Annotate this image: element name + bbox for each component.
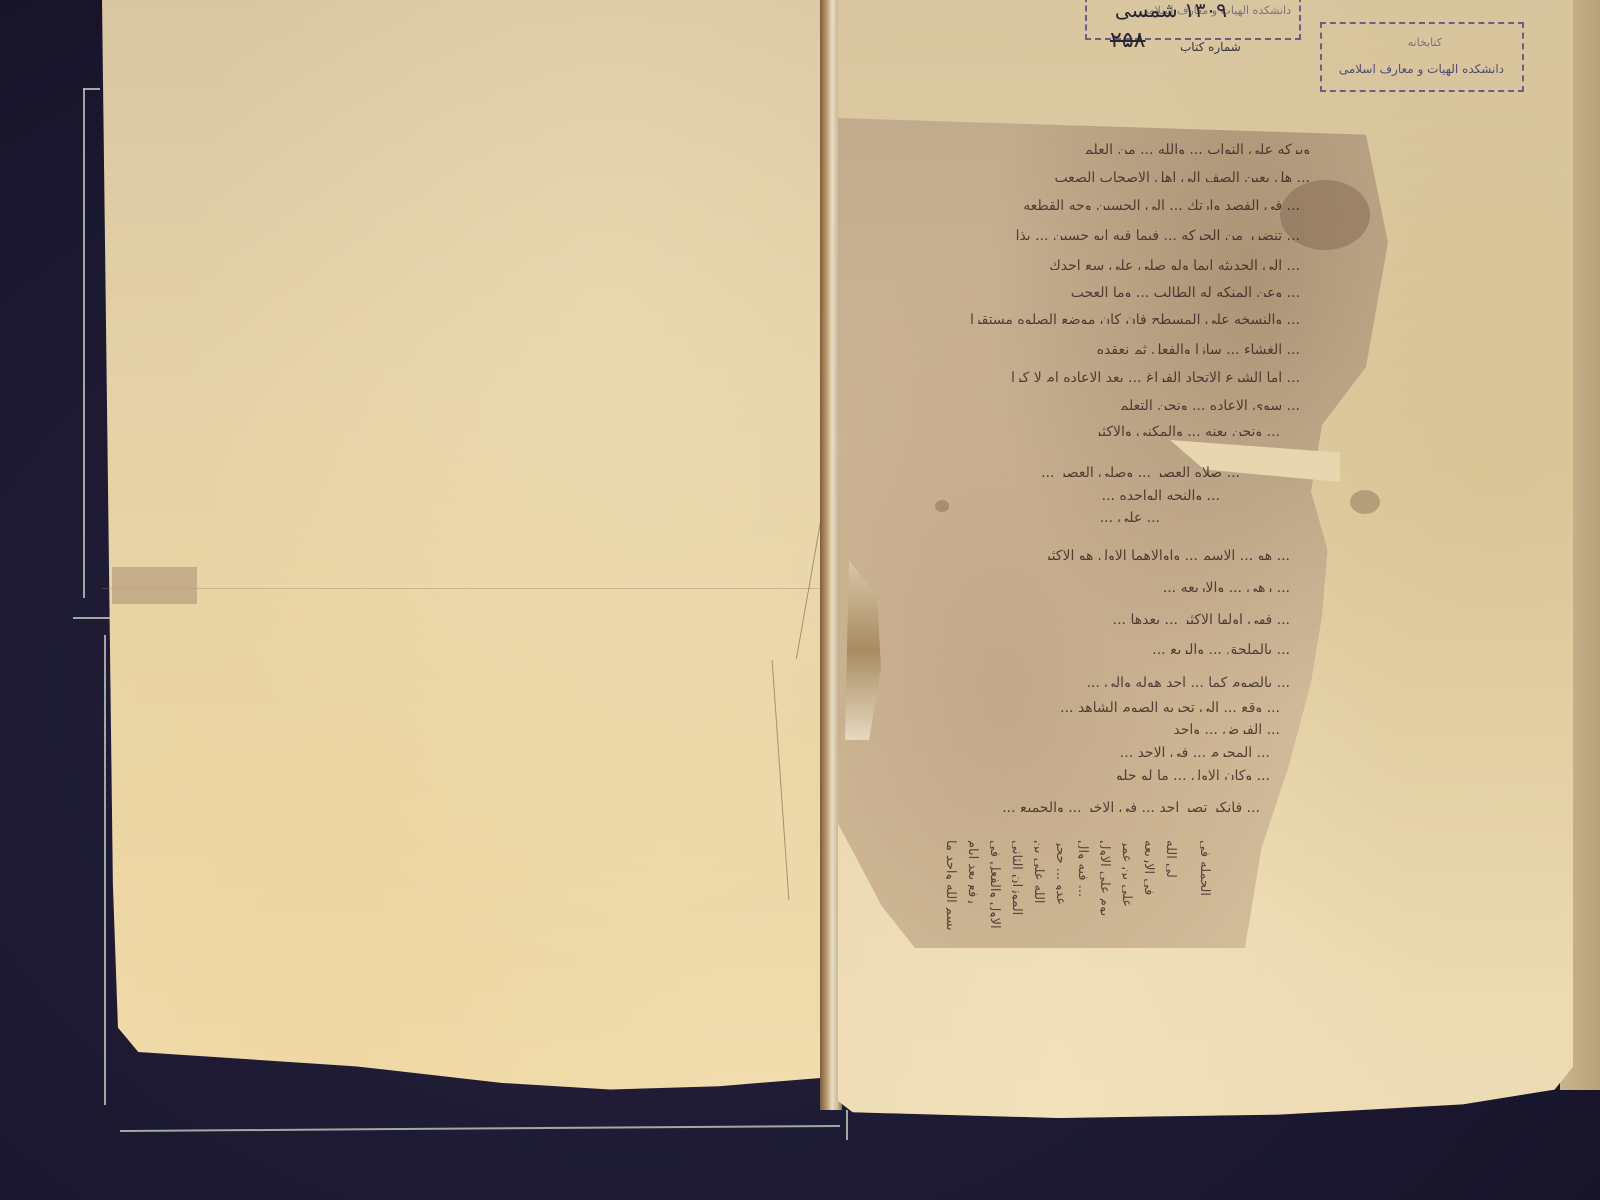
script-line: ... الغشاء ... سازا والفعل ثم نعقده: [920, 342, 1300, 354]
script-line: ... والنحه الواحده ...: [940, 488, 1220, 500]
script-line: ... رهي ... والاربعه ...: [880, 580, 1290, 592]
script-line: ... والنسخه على المسطح فان كان موضع الصل…: [900, 312, 1300, 324]
vertical-margin-line: في الاربعه: [1144, 840, 1156, 940]
vertical-margin-line: لي الله: [1166, 840, 1178, 930]
script-line: ... على ...: [940, 510, 1160, 522]
vertical-margin-line: فيه وال ...: [1078, 840, 1090, 940]
vertical-margin-line: يوم على الاول: [1100, 840, 1112, 940]
script-line: ... وقع ... الى تحريه الصوم الشاهد ...: [880, 700, 1280, 712]
script-line: ... هل بعين الصف الى اهل الاصحاب الصعب: [900, 170, 1310, 182]
stain: [1350, 490, 1380, 514]
script-line: ... المحرم ... في الاحد ...: [880, 745, 1270, 757]
vertical-margin-line: علي بن عمر: [1122, 840, 1134, 940]
left-page: [102, 0, 828, 1105]
vertical-margin-line: بسم الله واحد ما: [946, 840, 958, 940]
vertical-margin-line: الجمله في: [1200, 840, 1212, 930]
script-line: ... سوى الاعاده ... ونحن التعلم: [900, 398, 1300, 410]
library-stamp-right: کتابخانه دانشکده الهیات و معارف اسلامی: [1320, 22, 1524, 92]
fold-crease: [102, 588, 828, 589]
frame-line-left-bottom: [104, 635, 106, 1105]
script-line: ... تنضرر من الحركه ... فيما فيه ابو حسي…: [900, 228, 1300, 240]
script-line: ... بالملحق ... والربع ...: [880, 642, 1290, 654]
stamp-text: دانشکده الهیات و معارف اسلامی: [1339, 62, 1504, 76]
script-line: ... بالصوم كما ... احد هوله والى ...: [880, 675, 1290, 687]
frame-line-top-tick: [83, 88, 100, 90]
script-line: ... في الفصد وارتك ... الى الحسين وجه ال…: [880, 198, 1300, 210]
script-line: ... وكان الاول ... ما لو حلو: [920, 768, 1270, 780]
book-number-value: ۲۵۸: [1110, 28, 1145, 53]
vertical-margin-line: الموزان الثاني: [1012, 840, 1024, 940]
vertical-margin-line: الاول والفعل في: [990, 840, 1002, 940]
script-line: ... الفرض ... واحد: [880, 722, 1280, 734]
frame-line-bottom-tick: [846, 1110, 848, 1140]
script-line: ... فهي اولها الاكثر ... بعدها ...: [880, 612, 1290, 624]
script-line: ... صلاه العصر ... وصلي العصر ...: [940, 465, 1240, 477]
script-line: ... فانكر تصر احد ... في الاخر ... والجم…: [920, 800, 1260, 812]
vertical-margin-line: رفع بعد ايام: [968, 840, 980, 940]
script-line: ... وعن المنكه له الطالب ... وما العجب: [900, 285, 1300, 297]
handwritten-registration-number: ۱۳۰۹ شمسی: [1115, 0, 1227, 22]
frame-line-mid-tick: [73, 617, 113, 619]
vertical-margin-line: الله على بن: [1034, 840, 1046, 940]
script-line: ... اما الشرع الاتحاد الفراغ ... بعد الا…: [900, 370, 1300, 382]
book-number-label: شماره کتاب: [1180, 40, 1241, 54]
script-line: ... هو ... الاسم ... واوالاهما الاول هو …: [880, 548, 1290, 560]
frame-line-left-top: [83, 88, 85, 598]
vertical-margin-line: عدو ... حجر: [1056, 840, 1068, 940]
stamp-heading: کتابخانه: [1408, 36, 1442, 49]
script-line: ... الى الحديثه ايما ولو صلي على سع احدك: [900, 258, 1300, 270]
script-line: ... ونحن بعنه ... والمكني والاكثر: [900, 424, 1280, 436]
tape-patch: [112, 567, 197, 604]
script-line: وبركه على النواب ... والله ... من العلم: [880, 142, 1310, 154]
